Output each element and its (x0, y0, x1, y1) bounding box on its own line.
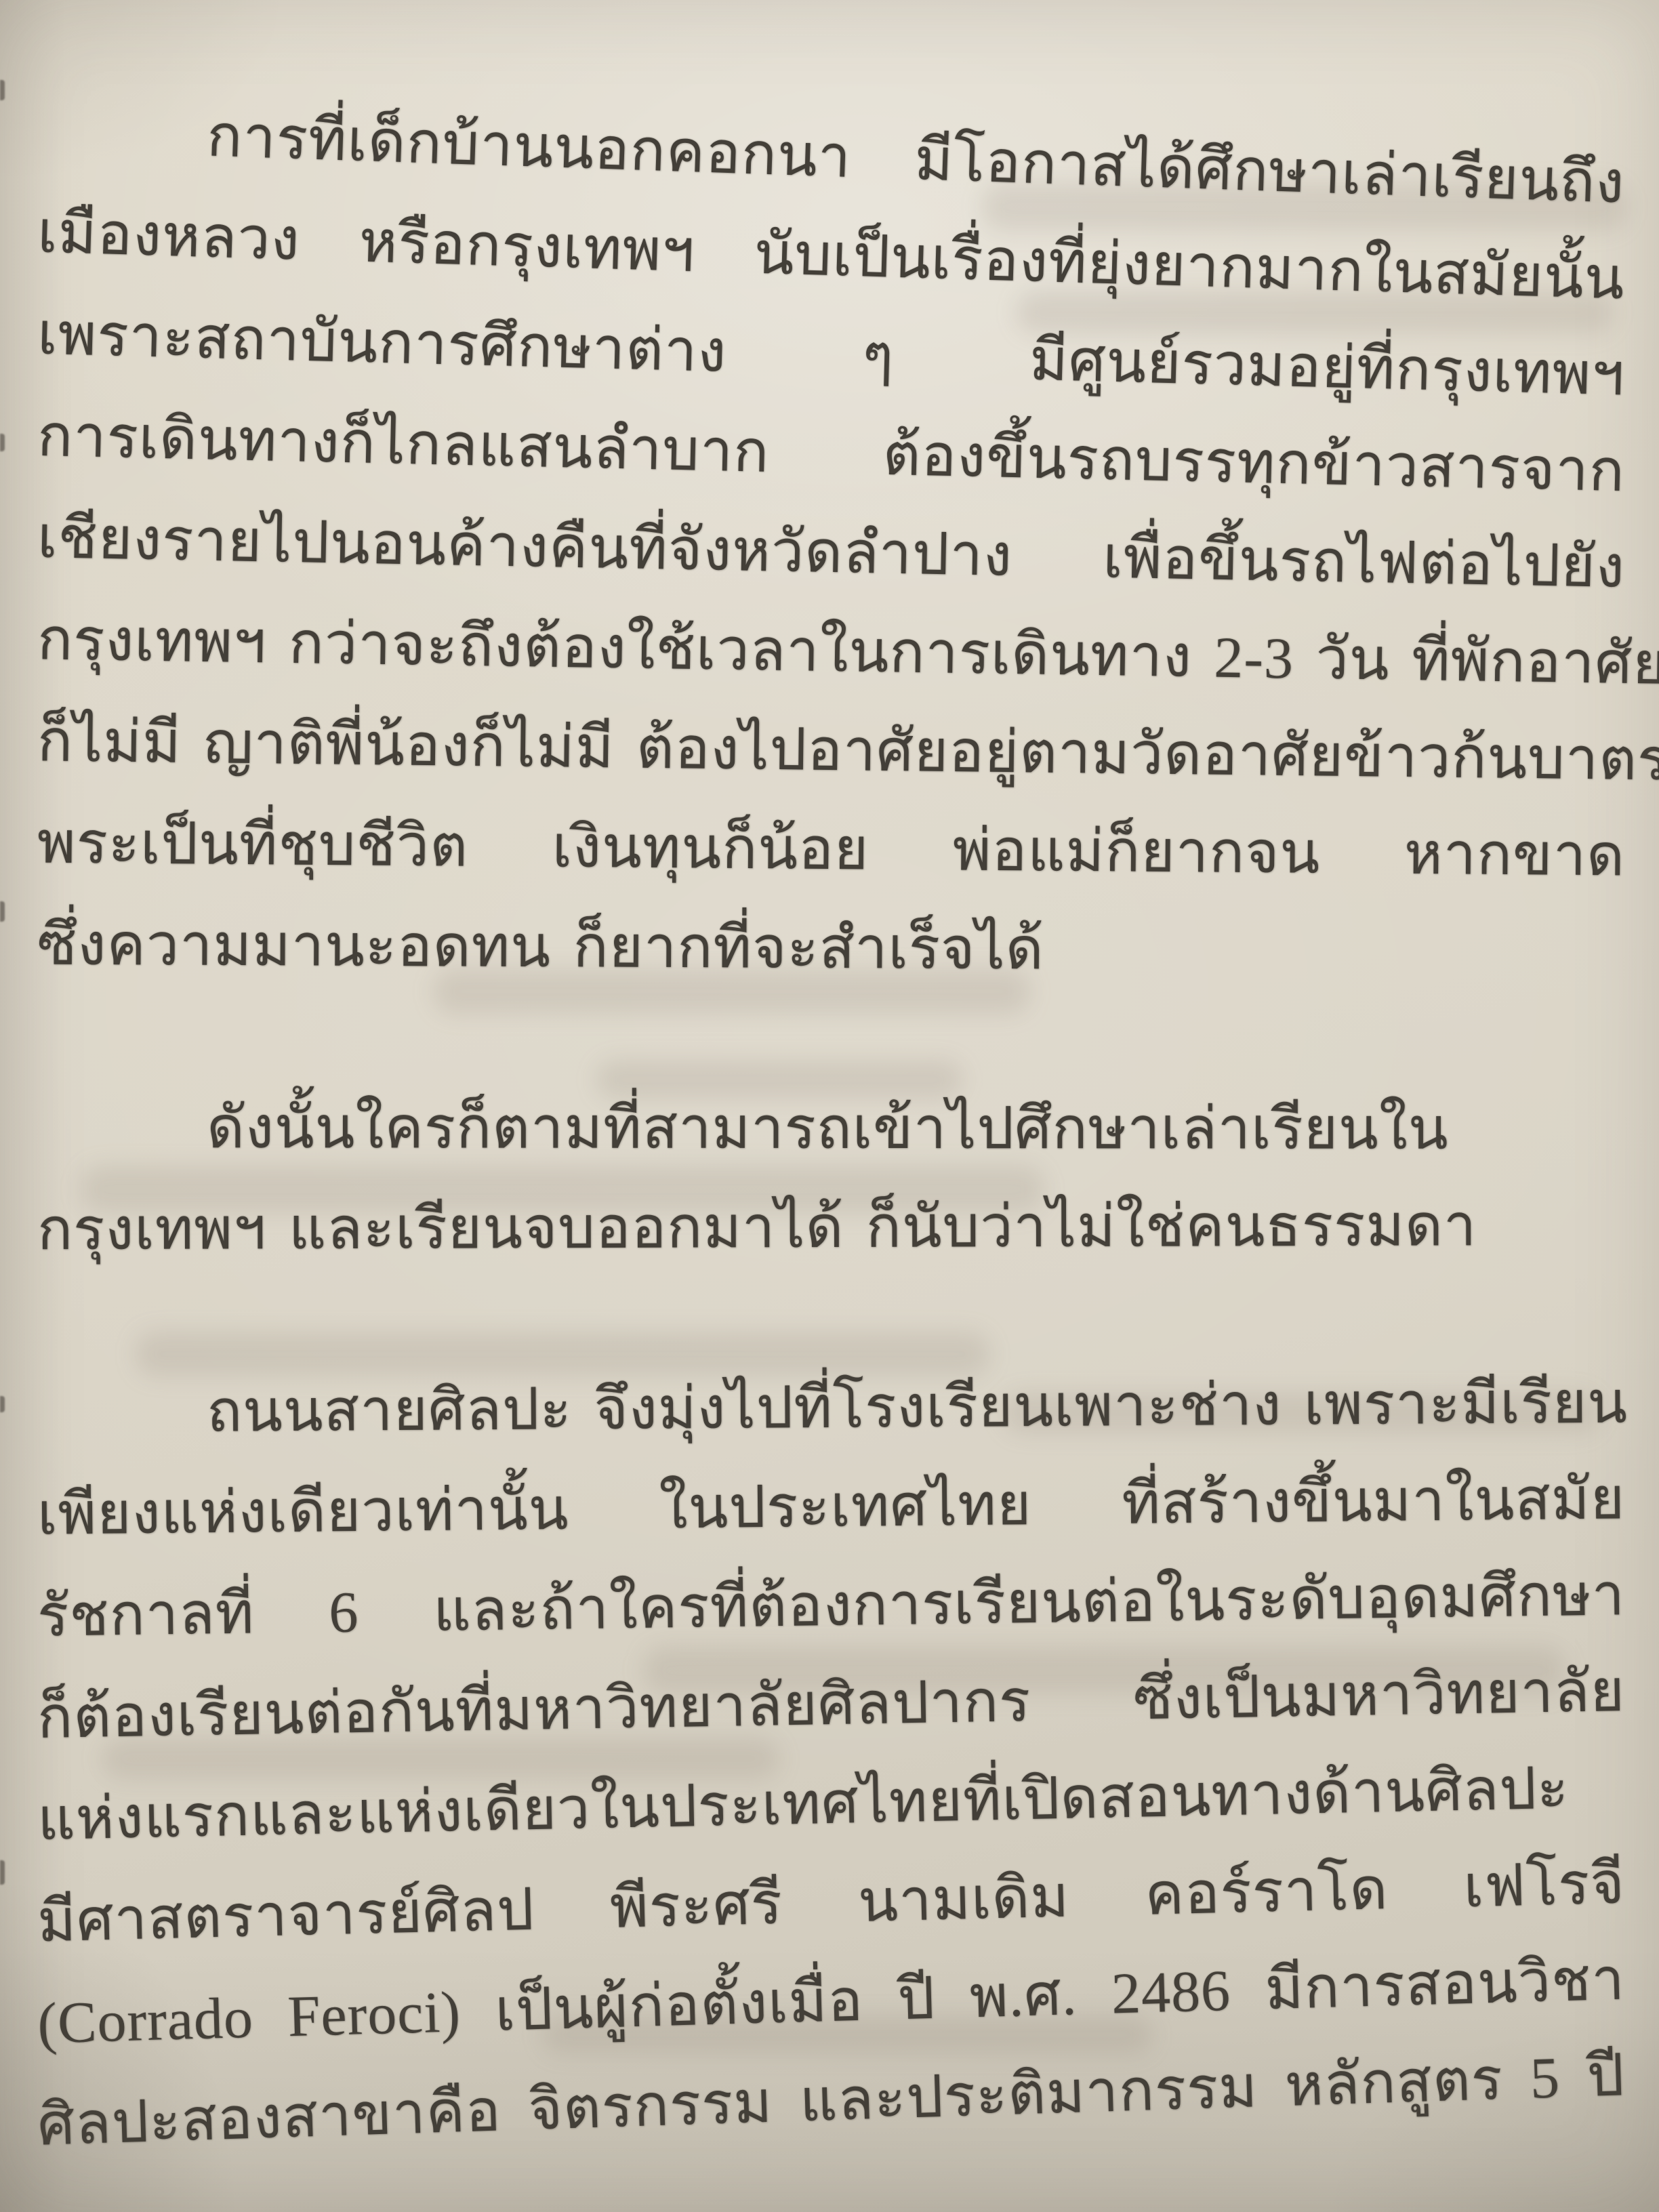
edge-speck (0, 1396, 5, 1412)
page-text: การที่เด็กบ้านนอกคอกนา มีโอกาสได้ศึกษาเล… (37, 107, 1625, 2150)
paragraph: ดังนั้นใครก็ตามที่สามารถเข้าไปศึกษาเล่าเ… (37, 1079, 1625, 1277)
paragraph: การที่เด็กบ้านนอกคอกนา มีโอกาสได้ศึกษาเล… (37, 107, 1625, 998)
text-line: ซึ่งความมานะอดทน ก็ยากที่จะสำเร็จได้ (37, 895, 1626, 1002)
text-line: กรุงเทพฯ และเรียนจบออกมาได้ ก็นับว่าไม่ใ… (37, 1176, 1625, 1279)
text-line: ถนนสายศิลปะ จึงมุ่งไปที่โรงเรียนเพาะช่าง… (37, 1353, 1626, 1462)
text-line: พระเป็นที่ชุบชีวิต เงินทุนก็น้อย พ่อแม่ก… (37, 794, 1625, 905)
edge-speck (0, 434, 5, 451)
edge-speck (0, 80, 5, 100)
edge-speck (0, 901, 5, 922)
text-line: ก็ไม่มี ญาติพี่น้องก็ไม่มี ต้องไปอาศัยอย… (37, 691, 1626, 808)
book-page: การที่เด็กบ้านนอกคอกนา มีโอกาสได้ศึกษาเล… (0, 0, 1659, 2212)
paragraph: ถนนสายศิลปะ จึงมุ่งไปที่โรงเรียนเพาะช่าง… (37, 1358, 1625, 2150)
text-line: ดังนั้นใครก็ตามที่สามารถเข้าไปศึกษาเล่าเ… (37, 1078, 1625, 1179)
photo-of-book-page: { "page": { "language": "Thai", "paper_c… (0, 0, 1659, 2212)
edge-speck (0, 1860, 5, 1885)
text-line: เพียงแห่งเดียวเท่านั้น ในประเทศไทย ที่สร… (37, 1449, 1625, 1563)
